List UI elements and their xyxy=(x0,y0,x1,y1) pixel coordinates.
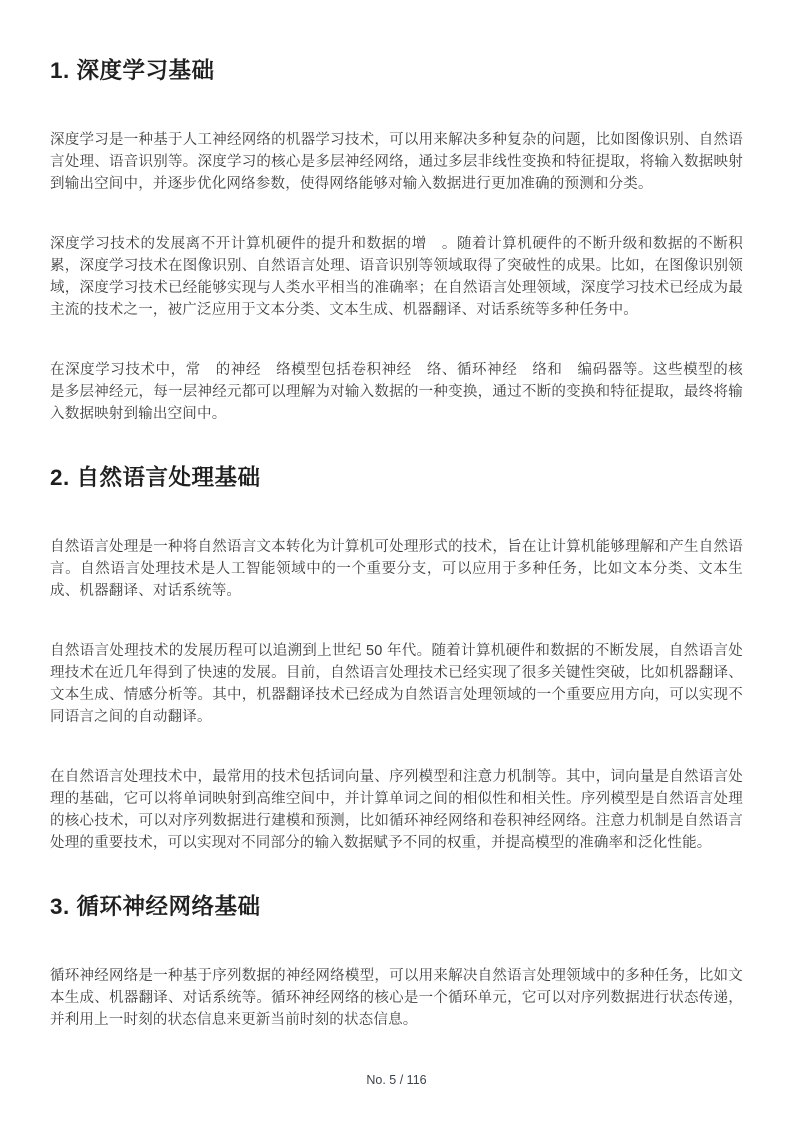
section-deep-learning: 1. 深度学习基础 深度学习是一种基于人工神经网络的机器学习技术，可以用来解决多… xyxy=(50,56,743,425)
section-heading-nlp: 2. 自然语言处理基础 xyxy=(50,463,743,493)
section-heading-deep-learning: 1. 深度学习基础 xyxy=(50,56,743,86)
document-page: 1. 深度学习基础 深度学习是一种基于人工神经网络的机器学习技术，可以用来解决多… xyxy=(0,0,793,1122)
paragraph-deep-learning-2: 深度学习技术的发展离不开计算机硬件的提升和数据的增 。随着计算机硬件的不断升级和… xyxy=(50,233,743,321)
section-nlp: 2. 自然语言处理基础 自然语言处理是一种将自然语言文本转化为计算机可处理形式的… xyxy=(50,463,743,854)
paragraph-nlp-3: 在自然语言处理技术中，最常用的技术包括词向量、序列模型和注意力机制等。其中，词向… xyxy=(50,766,743,854)
page-number-indicator: No. 5 / 116 xyxy=(0,1072,793,1088)
paragraph-deep-learning-3: 在深度学习技术中，常 的神经 络模型包括卷积神经 络、循环神经 络和 编码器等。… xyxy=(50,359,743,425)
paragraph-nlp-2: 自然语言处理技术的发展历程可以追溯到上世纪 50 年代。随着计算机硬件和数据的不… xyxy=(50,640,743,728)
paragraph-rnn-1: 循环神经网络是一种基于序列数据的神经网络模型，可以用来解决自然语言处理领域中的多… xyxy=(50,965,743,1031)
paragraph-deep-learning-1: 深度学习是一种基于人工神经网络的机器学习技术，可以用来解决多种复杂的问题，比如图… xyxy=(50,129,743,195)
paragraph-nlp-1: 自然语言处理是一种将自然语言文本转化为计算机可处理形式的技术，旨在让计算机能够理… xyxy=(50,536,743,602)
section-heading-rnn: 3. 循环神经网络基础 xyxy=(50,892,743,922)
section-rnn: 3. 循环神经网络基础 循环神经网络是一种基于序列数据的神经网络模型，可以用来解… xyxy=(50,892,743,1031)
